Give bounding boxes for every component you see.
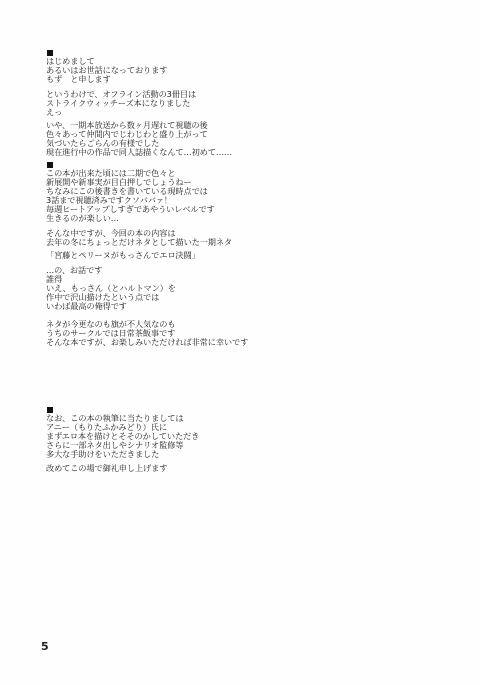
text-line: ストライクウィッチーズ本になりました bbox=[46, 99, 190, 108]
quoted-title: 「宮藤とペリーヌがもっさんでエロ決闘」 bbox=[46, 251, 200, 260]
text-line: いわば最高の俺得です bbox=[46, 302, 127, 311]
text-line: 去年の冬にちょっとだけネタとして描いた一期ネタ bbox=[46, 238, 232, 247]
text-line: 改めてこの場で御礼申し上げます bbox=[46, 464, 167, 473]
text-line: 現在進行中の作品で同人誌描くなんて…初めて…… bbox=[46, 148, 232, 157]
document-page: はじめまして あるいはお世話になっております もず と申します というわけで、オ… bbox=[0, 0, 480, 685]
text-line: 多大な手助けをいただきました bbox=[46, 450, 159, 459]
text-line: 生きるのが楽しい… bbox=[46, 214, 119, 223]
page-number: 5 bbox=[41, 641, 49, 653]
text-line: えっ bbox=[46, 108, 62, 117]
text-line: そんな本ですが、お楽しみいただければ非常に幸いです bbox=[46, 338, 248, 347]
text-line: もず と申します bbox=[46, 75, 111, 84]
